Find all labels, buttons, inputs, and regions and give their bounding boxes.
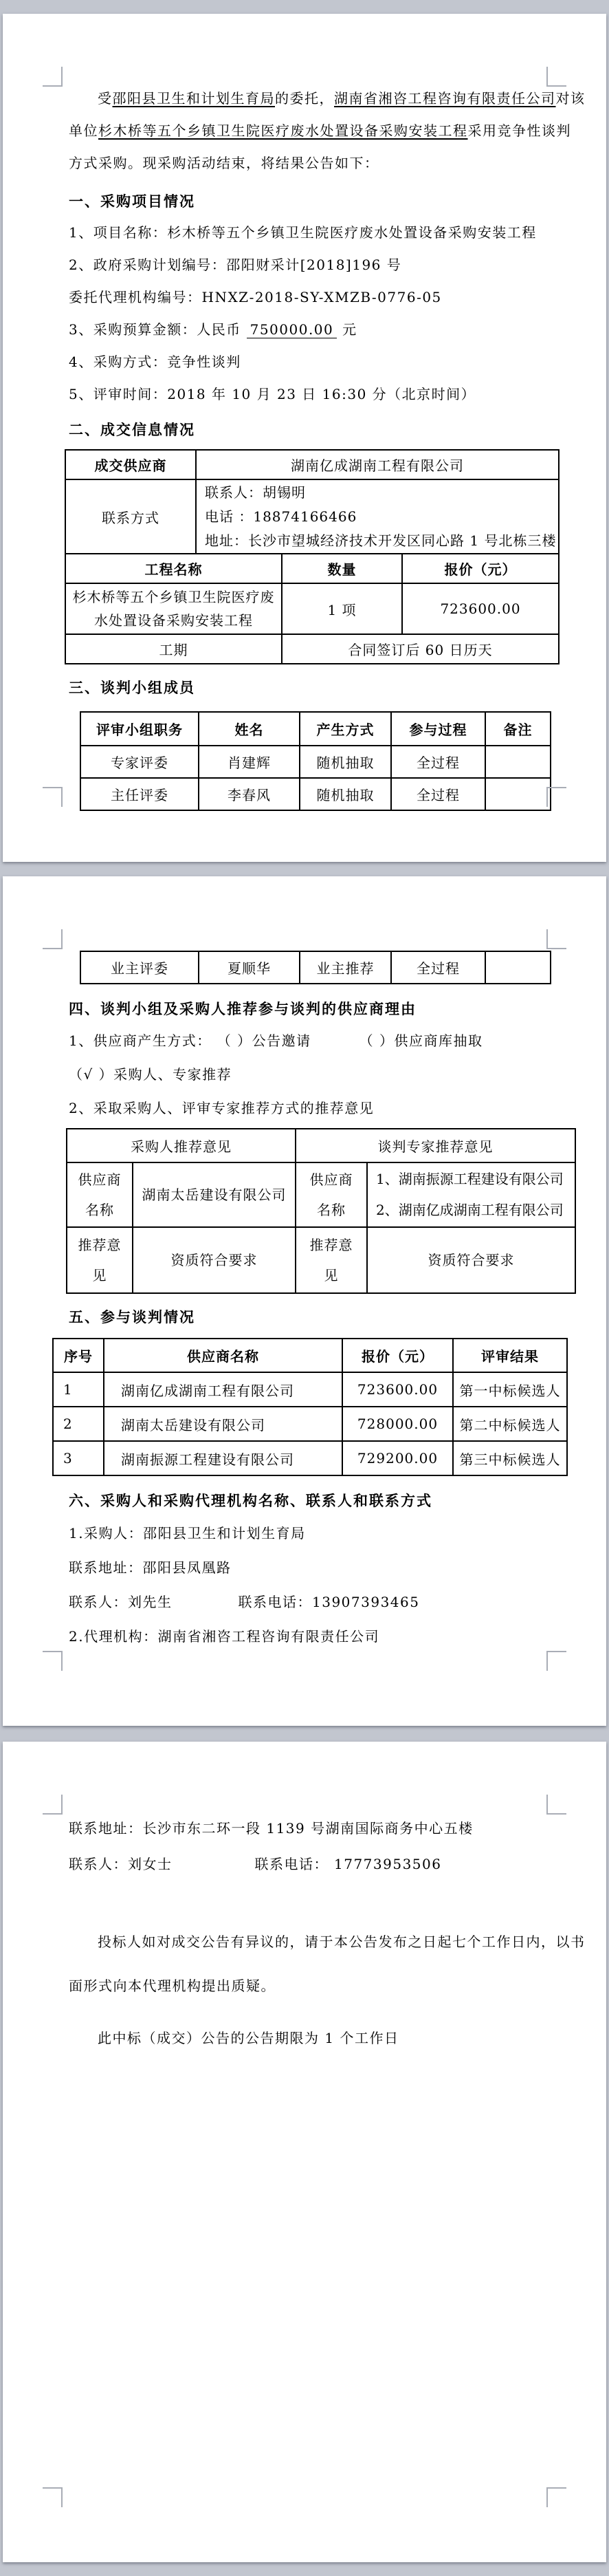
panel-cell — [485, 951, 551, 984]
agency-number-line: 委托代理机构编号：HNXZ-2018-SY-XMZB-0776-05 — [69, 281, 558, 314]
purchaser-address-line: 联系地址：邵阳县凤凰路 — [69, 1550, 558, 1585]
plan-number-line: 2、政府采购计划编号：邵阳财采计[2018]196 号 — [69, 249, 558, 281]
bidders-table: 序号 供应商名称 报价（元） 评审结果 1 湖南亿成湖南工程有限公司 72360… — [52, 1338, 568, 1476]
budget-amount: 750000.00 — [247, 321, 337, 338]
purchaser-opinion: 资质符合要求 — [133, 1227, 296, 1293]
bidder-result: 第三中标候选人 — [453, 1441, 567, 1475]
document-page-1: 受邵阳县卫生和计划生育局的委托，湖南省湘咨工程咨询有限责任公司对该 单位杉木桥等… — [3, 14, 606, 862]
bidder-name: 湖南太岳建设有限公司 — [104, 1407, 342, 1441]
bidder-result: 第二中标候选人 — [453, 1407, 567, 1441]
panel-row: 业主评委 夏顺华 业主推荐 全过程 — [80, 951, 551, 984]
panel-cell: 随机抽取 — [300, 746, 391, 778]
project-name-cell: 杉木桥等五个乡镇卫生院医疗废水处置设备采购安装工程 — [65, 583, 282, 634]
supplier-source-line: 1、供应商产生方式：（ ）公告邀请（ ）供应商库抽取 — [69, 1024, 558, 1058]
margin-corner-mark — [546, 1651, 566, 1671]
purchaser-recommendation-header: 采购人推荐意见 — [67, 1129, 296, 1162]
contact-person: 联系人：胡锡明 — [205, 481, 558, 505]
recommended-supplier-1: 1、湖南振源工程建设有限公司 — [376, 1164, 575, 1195]
panel-members-table-continued: 业主评委 夏顺华 业主推荐 全过程 — [80, 951, 551, 984]
panel-cell: 肖建辉 — [199, 746, 300, 778]
contact-value-cell: 联系人：胡锡明 电话 ：18874166466 地址：长沙市望城经济技术开发区同… — [196, 479, 559, 554]
bidder-price: 723600.00 — [342, 1372, 453, 1407]
supplier-name-label: 供应商名称 — [67, 1162, 133, 1227]
document-page-3: 联系地址：长沙市东二环一段 1139 号湖南国际商务中心五楼 联系人：刘女士联系… — [3, 1742, 606, 2562]
supplier-name-label: 供应商名称 — [296, 1162, 367, 1227]
bidder-price: 728000.00 — [342, 1407, 453, 1441]
duration-value-cell: 合同签订后 60 日历天 — [282, 634, 559, 664]
review-time-line: 5、评审时间：2018 年 10 月 23 日 16:30 分（北京时间） — [69, 378, 558, 411]
recommendation-intro-line: 2、采取采购人、评审专家推荐方式的推荐意见 — [69, 1092, 558, 1125]
bidder-result: 第一中标候选人 — [453, 1372, 567, 1407]
objection-line-2: 面形式向本代理机构提出质疑。 — [69, 1964, 558, 2008]
section-2-title: 二、成交信息情况 — [69, 415, 558, 445]
margin-corner-mark — [43, 2487, 63, 2507]
announcement-period-line: 此中标（成交）公告的公告期限为 1 个工作日 — [69, 2016, 558, 2060]
duration-label-cell: 工期 — [65, 634, 282, 664]
bidder-no: 1 — [53, 1372, 104, 1407]
margin-corner-mark — [546, 2487, 566, 2507]
qty-cell: 1 项 — [282, 583, 402, 634]
contact-phone: 电话 ：18874166466 — [205, 505, 558, 529]
document-page-2: 业主评委 夏顺华 业主推荐 全过程 四、谈判小组及采购人推荐参与谈判的供应商理由… — [3, 876, 606, 1726]
opinion-label: 推荐意见 — [67, 1227, 133, 1293]
recommended-supplier-2: 2、湖南亿成湖南工程有限公司 — [376, 1195, 575, 1226]
objection-line-1: 投标人如对成交公告有异议的，请于本公告发布之日起七个工作日内，以书 — [69, 1920, 558, 1964]
bidders-header-price: 报价（元） — [342, 1339, 453, 1372]
bidders-header-no: 序号 — [53, 1339, 104, 1372]
option-announcement: （ ）公告邀请 — [217, 1032, 311, 1049]
intro-line-3: 方式采购。现采购活动结束，将结果公告如下： — [69, 147, 558, 180]
panel-cell: 李春风 — [199, 778, 300, 810]
col-price-header: 报价（元） — [402, 554, 559, 583]
supplier-value-cell: 湖南亿成湖南工程有限公司 — [196, 450, 559, 479]
panel-cell: 主任评委 — [80, 778, 199, 810]
bidder-row: 2 湖南太岳建设有限公司 728000.00 第二中标候选人 — [53, 1407, 567, 1441]
option-database: （ ）供应商库抽取 — [359, 1032, 483, 1049]
agency-line: 2.代理机构：湖南省湘咨工程咨询有限责任公司 — [69, 1619, 558, 1654]
purchaser-recommended-supplier: 湖南太岳建设有限公司 — [133, 1162, 296, 1227]
purchaser-contact-line: 联系人：刘先生联系电话：13907393465 — [69, 1585, 558, 1619]
margin-corner-mark — [43, 929, 63, 949]
margin-corner-mark — [43, 1651, 63, 1671]
bidders-header-result: 评审结果 — [453, 1339, 567, 1372]
margin-corner-mark — [43, 67, 63, 87]
panel-cell: 业主推荐 — [300, 951, 391, 984]
agency-address-line: 联系地址：长沙市东二环一段 1139 号湖南国际商务中心五楼 — [69, 1810, 558, 1846]
purchaser-phone: 联系电话：13907393465 — [239, 1594, 420, 1610]
bidder-price: 729200.00 — [342, 1441, 453, 1475]
panel-header-process: 参与过程 — [391, 712, 485, 746]
agency-phone: 17773953506 — [334, 1856, 441, 1872]
panel-cell: 夏顺华 — [199, 951, 300, 984]
contact-label-cell: 联系方式 — [65, 479, 196, 554]
margin-corner-mark — [546, 1795, 566, 1815]
award-info-table: 成交供应商 湖南亿成湖南工程有限公司 联系方式 联系人：胡锡明 电话 ：1887… — [65, 449, 560, 664]
section-4-title: 四、谈判小组及采购人推荐参与谈判的供应商理由 — [69, 994, 558, 1024]
bidder-row: 1 湖南亿成湖南工程有限公司 723600.00 第一中标候选人 — [53, 1372, 567, 1407]
col-project-header: 工程名称 — [65, 554, 282, 583]
bidder-name: 湖南亿成湖南工程有限公司 — [104, 1372, 342, 1407]
panel-header-method: 产生方式 — [300, 712, 391, 746]
recommendation-table: 采购人推荐意见 谈判专家推荐意见 供应商名称 湖南太岳建设有限公司 供应商名称 … — [66, 1128, 576, 1294]
panel-row: 主任评委 李春风 随机抽取 全过程 — [80, 778, 551, 810]
project-name-line: 1、项目名称：杉木桥等五个乡镇卫生院医疗废水处置设备采购安装工程 — [69, 217, 558, 249]
budget-line: 3、采购预算金额：人民币 750000.00 元 — [69, 314, 558, 346]
panel-header-name: 姓名 — [199, 712, 300, 746]
panel-cell: 全过程 — [391, 746, 485, 778]
expert-recommendation-header: 谈判专家推荐意见 — [296, 1129, 575, 1162]
contact-address: 地址：长沙市望城经济技术开发区同心路 1 号北栋三楼 — [205, 529, 558, 553]
checked-option-line: （√ ）采购人、专家推荐 — [69, 1058, 558, 1092]
panel-cell: 随机抽取 — [300, 778, 391, 810]
panel-cell — [485, 778, 551, 810]
margin-corner-mark — [546, 929, 566, 949]
purchaser-line: 1.采购人：邵阳县卫生和计划生育局 — [69, 1516, 558, 1550]
expert-recommended-suppliers: 1、湖南振源工程建设有限公司 2、湖南亿成湖南工程有限公司 — [367, 1162, 575, 1227]
panel-members-table: 评审小组职务 姓名 产生方式 参与过程 备注 专家评委 肖建辉 随机抽取 全过程… — [80, 711, 551, 811]
expert-opinion: 资质符合要求 — [367, 1227, 575, 1293]
intro-line-2: 单位杉木桥等五个乡镇卫生院医疗废水处置设备采购安装工程采用竞争性谈判 — [69, 115, 558, 147]
underlined-project: 杉木桥等五个乡镇卫生院医疗废水处置设备采购安装工程 — [98, 122, 468, 139]
section-1-title: 一、采购项目情况 — [69, 186, 558, 217]
panel-cell: 业主评委 — [80, 951, 199, 984]
agency-contact-line: 联系人：刘女士联系电话：17773953506 — [69, 1846, 558, 1882]
underlined-agency: 湖南省湘咨工程咨询有限责任公司 — [334, 90, 556, 107]
section-6-title: 六、采购人和采购代理机构名称、联系人和联系方式 — [69, 1486, 558, 1516]
section-3-title: 三、谈判小组成员 — [69, 673, 558, 703]
bidders-header-name: 供应商名称 — [104, 1339, 342, 1372]
section-5-title: 五、参与谈判情况 — [69, 1302, 558, 1332]
panel-header-role: 评审小组职务 — [80, 712, 199, 746]
col-qty-header: 数量 — [282, 554, 402, 583]
panel-cell: 全过程 — [391, 951, 485, 984]
margin-corner-mark — [43, 787, 63, 807]
panel-cell: 全过程 — [391, 778, 485, 810]
supplier-label-cell: 成交供应商 — [65, 450, 196, 479]
panel-cell — [485, 746, 551, 778]
price-cell: 723600.00 — [402, 583, 559, 634]
opinion-label: 推荐意见 — [296, 1227, 367, 1293]
margin-corner-mark — [43, 1795, 63, 1815]
panel-cell: 专家评委 — [80, 746, 199, 778]
panel-row: 专家评委 肖建辉 随机抽取 全过程 — [80, 746, 551, 778]
margin-corner-mark — [546, 67, 566, 87]
bidder-row: 3 湖南振源工程建设有限公司 729200.00 第三中标候选人 — [53, 1441, 567, 1475]
bidder-no: 2 — [53, 1407, 104, 1441]
panel-header-note: 备注 — [485, 712, 551, 746]
method-line: 4、采购方式：竞争性谈判 — [69, 346, 558, 378]
underlined-purchaser: 邵阳县卫生和计划生育局 — [113, 90, 276, 107]
bidder-no: 3 — [53, 1441, 104, 1475]
bidder-name: 湖南振源工程建设有限公司 — [104, 1441, 342, 1475]
intro-line-1: 受邵阳县卫生和计划生育局的委托，湖南省湘咨工程咨询有限责任公司对该 — [69, 83, 558, 115]
margin-corner-mark — [546, 787, 566, 807]
